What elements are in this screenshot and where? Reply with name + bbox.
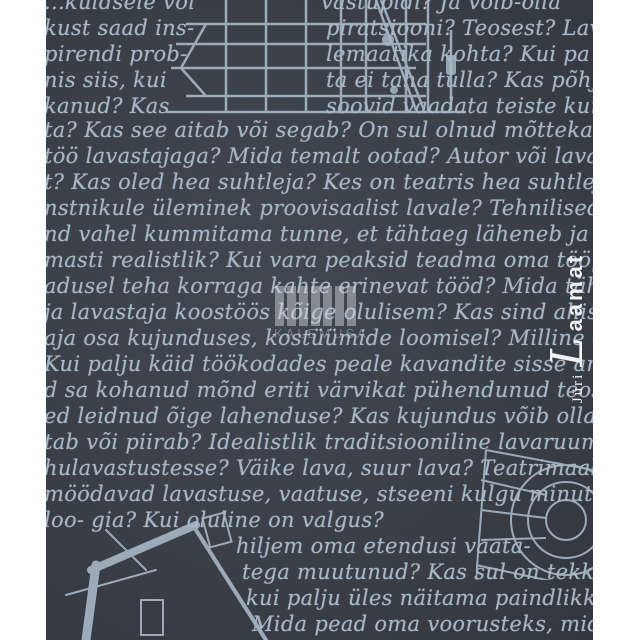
author-title: Jüri L aamat [548, 228, 588, 428]
script-line: töö lavastajaga? Mida temalt ootad? Auto… [46, 144, 593, 168]
script-line: nd vahel kummitama tunne, et tähtaeg läh… [46, 222, 593, 246]
crane-sketch-icon [46, 510, 276, 640]
script-line: ta ei taha tulla? Kas põhj [326, 68, 593, 92]
script-line: ...kuldsele või [46, 0, 195, 14]
script-line: t? Kas oled hea suhtleja? Kes on teatris… [46, 170, 593, 194]
script-line: pirendi prob- [46, 42, 188, 66]
script-line: ta? Kas see aitab või segab? On sul olnu… [46, 118, 593, 142]
script-line: d sa kohanud mõnd eriti värvikat pühendu… [46, 378, 593, 402]
watermark-label: KALEMUSA [274, 326, 369, 341]
script-line: kui palju üles näitama paindlikkust töö [246, 586, 593, 610]
author-first-name: Jüri [570, 373, 587, 404]
script-line: nstnikule üleminek proovisaalist lavale?… [46, 196, 593, 220]
script-line: kanud? Kas [46, 94, 170, 118]
author-initial: L [546, 337, 590, 366]
script-line: Mida pead oma voorusteks, mida pu [252, 612, 593, 636]
script-line: ed leidnud õige lahenduse? Kas kujundus … [46, 404, 593, 428]
script-line: Kui palju käid töökodades peale kavandit… [46, 352, 593, 376]
script-line: piratsiooni? Teosest? Lav [326, 16, 593, 40]
lighting-diagram-icon [476, 440, 593, 580]
book-cover: ...kuldsele või kust saad ins- pirendi p… [46, 0, 593, 640]
script-line: soovid vaadata teiste kunst [326, 94, 593, 118]
script-line: lemaatika kohta? Kui pa [326, 42, 590, 66]
script-line: masti realistlik? Kui vara peaksid teadm… [46, 248, 593, 272]
script-line: kust saad ins- [46, 16, 194, 40]
script-line: vastupidi? Ja võib-olla [321, 0, 561, 14]
script-line: nis siis, kui [46, 68, 167, 92]
watermark-logo [275, 286, 365, 326]
author-last-name: aamat [562, 253, 588, 332]
